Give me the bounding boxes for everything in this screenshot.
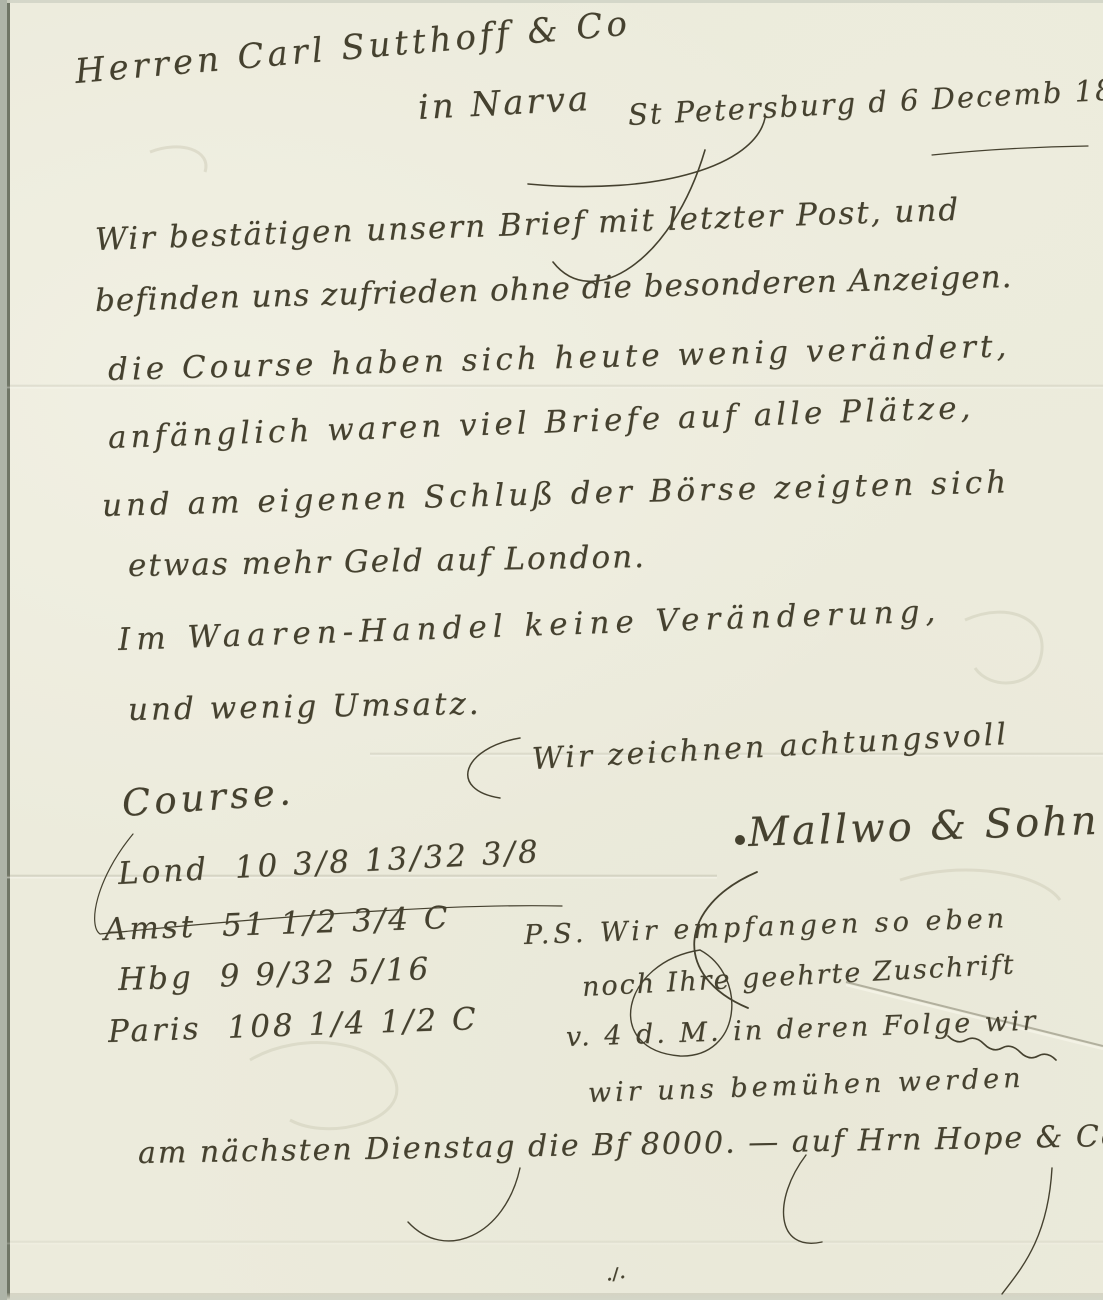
- course-place: Amst: [103, 909, 196, 948]
- course-place: Hbg: [117, 959, 194, 998]
- body-line: und wenig Umsatz.: [128, 686, 482, 728]
- scanned-letter: Herren Carl Sutthoff & Co in Narva St Pe…: [0, 0, 1103, 1300]
- course-value: 9 9/32 5/16: [219, 951, 432, 994]
- course-place: Paris: [107, 1011, 202, 1050]
- page-mark: ./.: [604, 1263, 627, 1285]
- scan-edge-top: [7, 0, 1103, 3]
- course-place: Lond: [117, 851, 210, 892]
- scan-edge-bottom: [7, 1293, 1103, 1300]
